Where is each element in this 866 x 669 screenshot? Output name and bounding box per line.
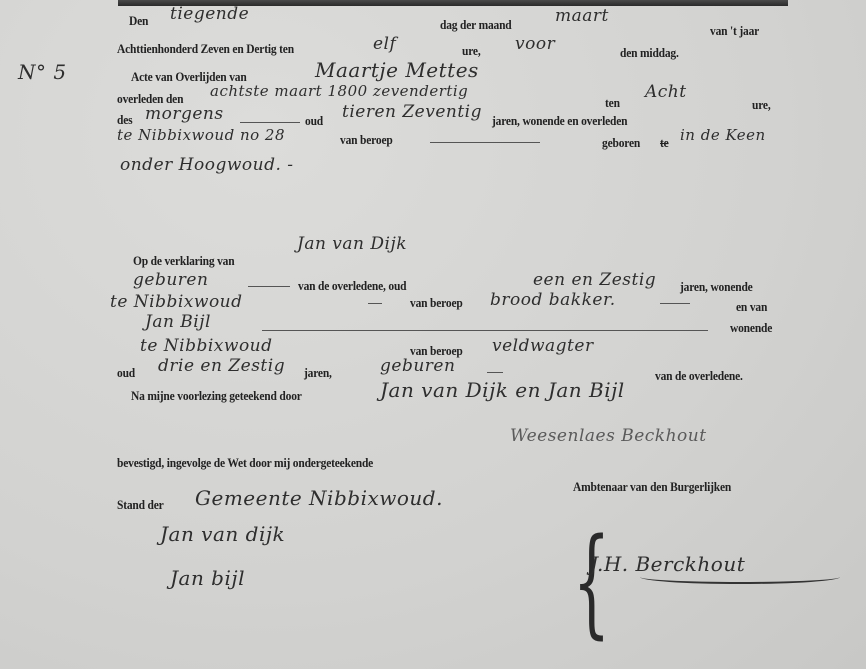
printed-geboren-te-struck: te	[660, 136, 669, 151]
hw-marginal-note: Weesenlaes Beckhout	[510, 426, 707, 446]
hw-voor: voor	[515, 34, 555, 54]
hw-month: maart	[555, 6, 609, 26]
blank-line	[248, 286, 290, 287]
hw-age-1: een en Zestig	[533, 270, 656, 290]
blank-line	[262, 330, 708, 331]
hw-profession-1: brood bakker.	[490, 290, 616, 310]
hw-des-time: morgens	[145, 104, 224, 124]
printed-geboren: geboren	[602, 136, 640, 151]
blank-line-beroep	[430, 142, 540, 143]
printed-van-de-overledene-oud: van de overledene, oud	[298, 279, 406, 294]
hw-age-2: drie en Zestig	[158, 356, 285, 376]
hw-residence-1: te Nibbixwoud	[110, 292, 243, 312]
printed-op-de-verklaring: Op de verklaring van	[133, 254, 234, 269]
hw-signed-by: Jan van Dijk en Jan Bijl	[380, 378, 625, 402]
printed-dag-der-maand: dag der maand	[440, 18, 512, 33]
printed-ten: ten	[605, 96, 620, 111]
hw-death-hour: Acht	[645, 82, 687, 102]
printed-van-beroep: van beroep	[340, 133, 393, 148]
printed-ure: ure,	[462, 44, 481, 59]
printed-van-beroep-2: van beroep	[410, 296, 463, 311]
printed-bevestigd: bevestigd, ingevolge de Wet door mij ond…	[117, 456, 373, 471]
printed-stand-der: Stand der	[117, 498, 164, 513]
hw-age: tieren Zeventig	[342, 102, 482, 122]
hw-record-number: N° 5	[18, 60, 67, 84]
printed-en-van: en van	[736, 300, 767, 315]
printed-wonende: wonende	[730, 321, 772, 336]
hw-day: tiegende	[170, 4, 249, 24]
dash	[368, 303, 382, 304]
signature-jan-van-dijk: Jan van dijk	[160, 522, 285, 546]
printed-ure-2: ure,	[752, 98, 771, 113]
signature-brace: {	[573, 522, 611, 640]
printed-van-de-overledene: van de overledene.	[655, 369, 743, 384]
printed-van-t-jaar: van 't jaar	[710, 24, 759, 39]
printed-den: Den	[129, 14, 148, 29]
dash	[487, 372, 503, 373]
printed-jaren: jaren,	[304, 366, 332, 381]
hw-declarant-1: Jan van Dijk	[297, 234, 407, 254]
printed-jaren-wonende: jaren, wonende en overleden	[492, 114, 627, 129]
signature-jan-bijl: Jan bijl	[170, 566, 245, 590]
signature-flourish	[640, 570, 840, 584]
printed-den-middag: den middag.	[620, 46, 679, 61]
hw-municipality: Gemeente Nibbixwoud.	[195, 486, 443, 510]
printed-oud: oud	[305, 114, 323, 129]
blank-line	[240, 122, 300, 123]
hw-residence-2: te Nibbixwoud	[140, 336, 273, 356]
printed-na-mijne: Na mijne voorlezing geteekend door	[131, 389, 302, 404]
hw-profession-2: veldwagter	[492, 336, 594, 356]
dash	[660, 303, 690, 304]
hw-residence: te Nibbixwoud no 28	[117, 126, 285, 144]
hw-born-at-2: onder Hoogwoud. -	[120, 155, 294, 175]
printed-oud-2: oud	[117, 366, 135, 381]
hw-born-at: in de Keen	[680, 126, 766, 144]
hw-declarant-2: Jan Bijl	[145, 312, 211, 332]
hw-deceased-name: Maartje Mettes	[315, 58, 479, 82]
printed-year: Achttienhonderd Zeven en Dertig ten	[117, 42, 294, 57]
hw-death-date: achtste maart 1800 zevendertig	[210, 82, 468, 100]
printed-jaren-wonende-2: jaren, wonende	[680, 280, 753, 295]
hw-relation-2: geburen	[380, 356, 455, 376]
hw-hour: elf	[373, 34, 396, 54]
hw-relation-1: geburen	[133, 270, 208, 290]
printed-ambtenaar: Ambtenaar van den Burgerlijken	[573, 480, 731, 495]
